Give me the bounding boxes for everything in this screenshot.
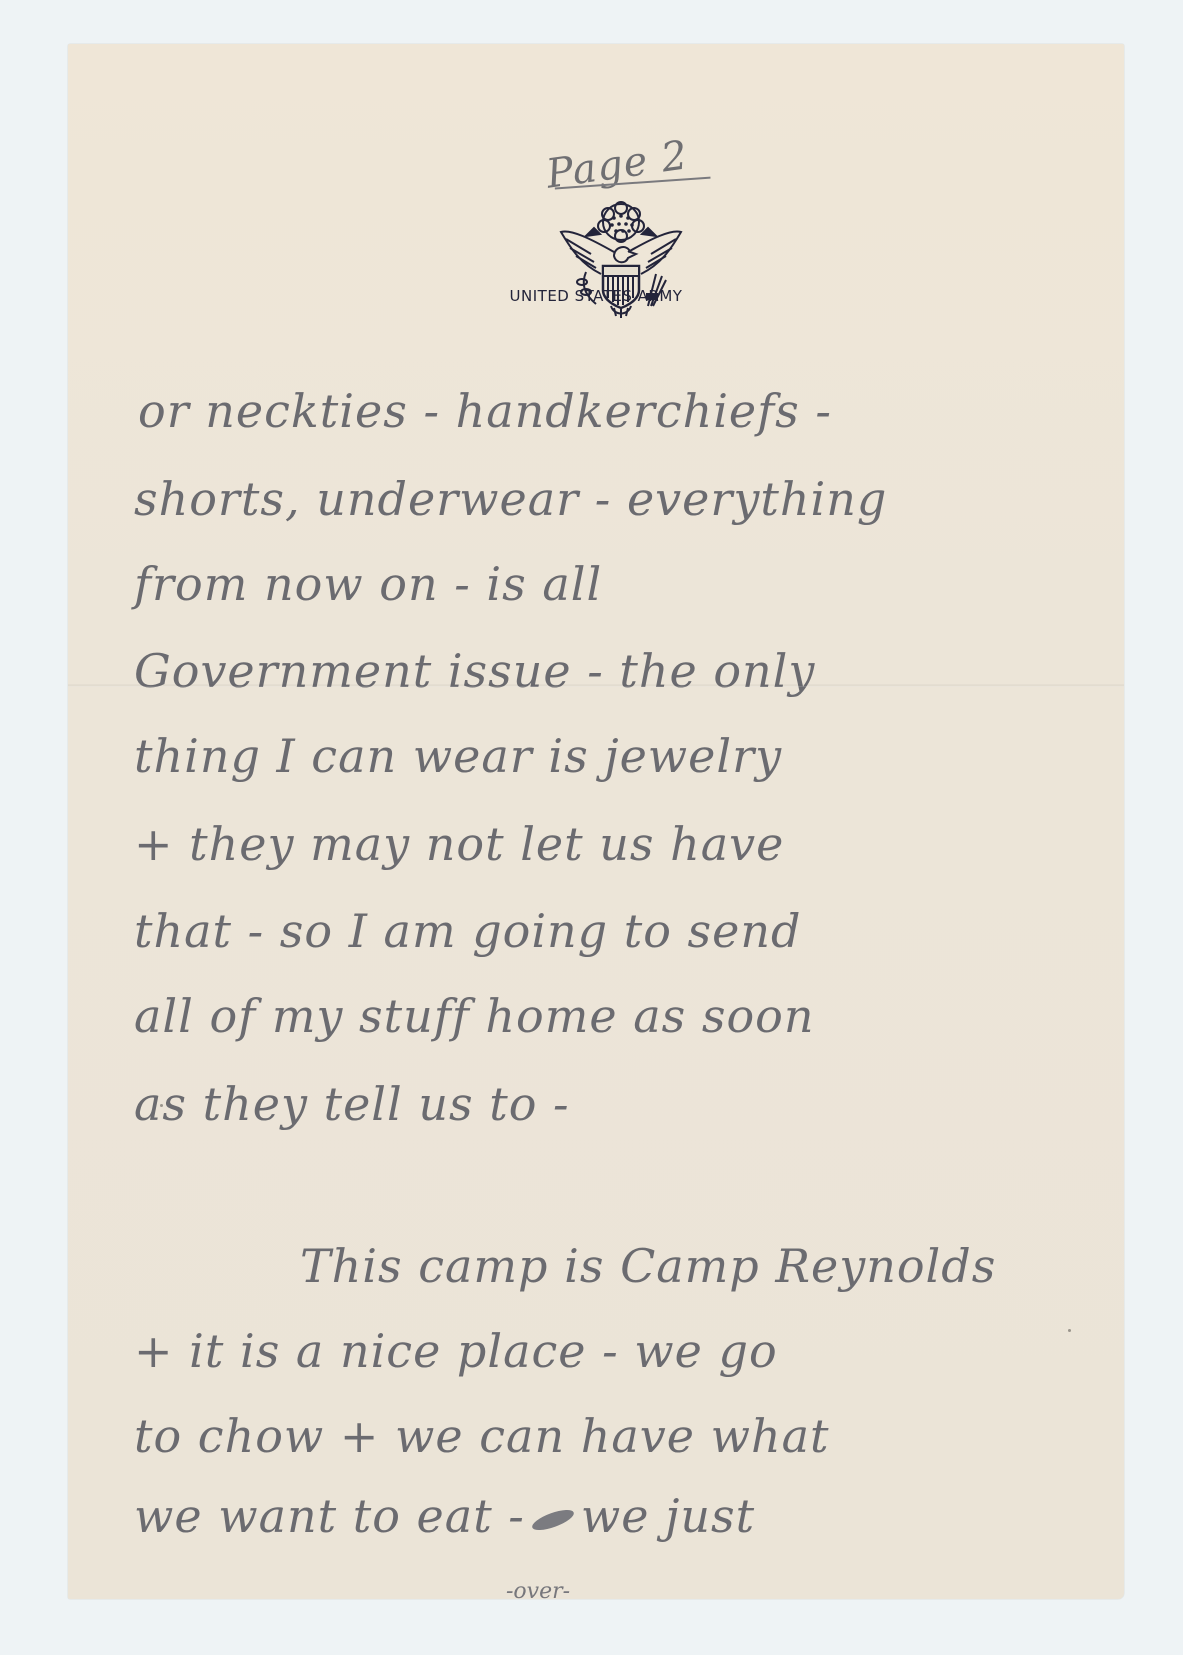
- letter-line-text: we just: [581, 1489, 755, 1543]
- letter-line: from now on - is all: [134, 557, 602, 611]
- letter-line: thing I can wear is jewelry: [134, 729, 782, 783]
- letter-line: + they may not let us have: [134, 817, 784, 871]
- letter-line: shorts, underwear - everything: [134, 472, 887, 526]
- crossed-out-word: [530, 1506, 576, 1534]
- letterhead-title: UNITED STATES ARMY: [68, 287, 1124, 305]
- letter-line-paragraph-start: This camp is Camp Reynolds: [300, 1239, 996, 1293]
- letter-page: Page 2: [68, 44, 1124, 1599]
- continuation-note: -over-: [506, 1579, 570, 1604]
- letter-line: + it is a nice place - we go: [134, 1324, 778, 1378]
- letter-line: that - so I am going to send: [134, 904, 801, 958]
- letter-line: to chow + we can have what: [134, 1409, 830, 1463]
- page-number-annotation: Page 2: [543, 132, 690, 197]
- letter-line: or neckties - handkerchiefs -: [138, 384, 832, 438]
- letter-line: as they tell us to -: [134, 1077, 570, 1131]
- paper-speck: [1068, 1329, 1071, 1332]
- letter-line: we want to eat -we just: [134, 1489, 755, 1543]
- letter-line-text: we want to eat -: [134, 1489, 525, 1543]
- letter-line: Government issue - the only: [134, 644, 815, 698]
- paper-speck: [160, 1104, 163, 1107]
- letter-line: all of my stuff home as soon: [134, 989, 815, 1043]
